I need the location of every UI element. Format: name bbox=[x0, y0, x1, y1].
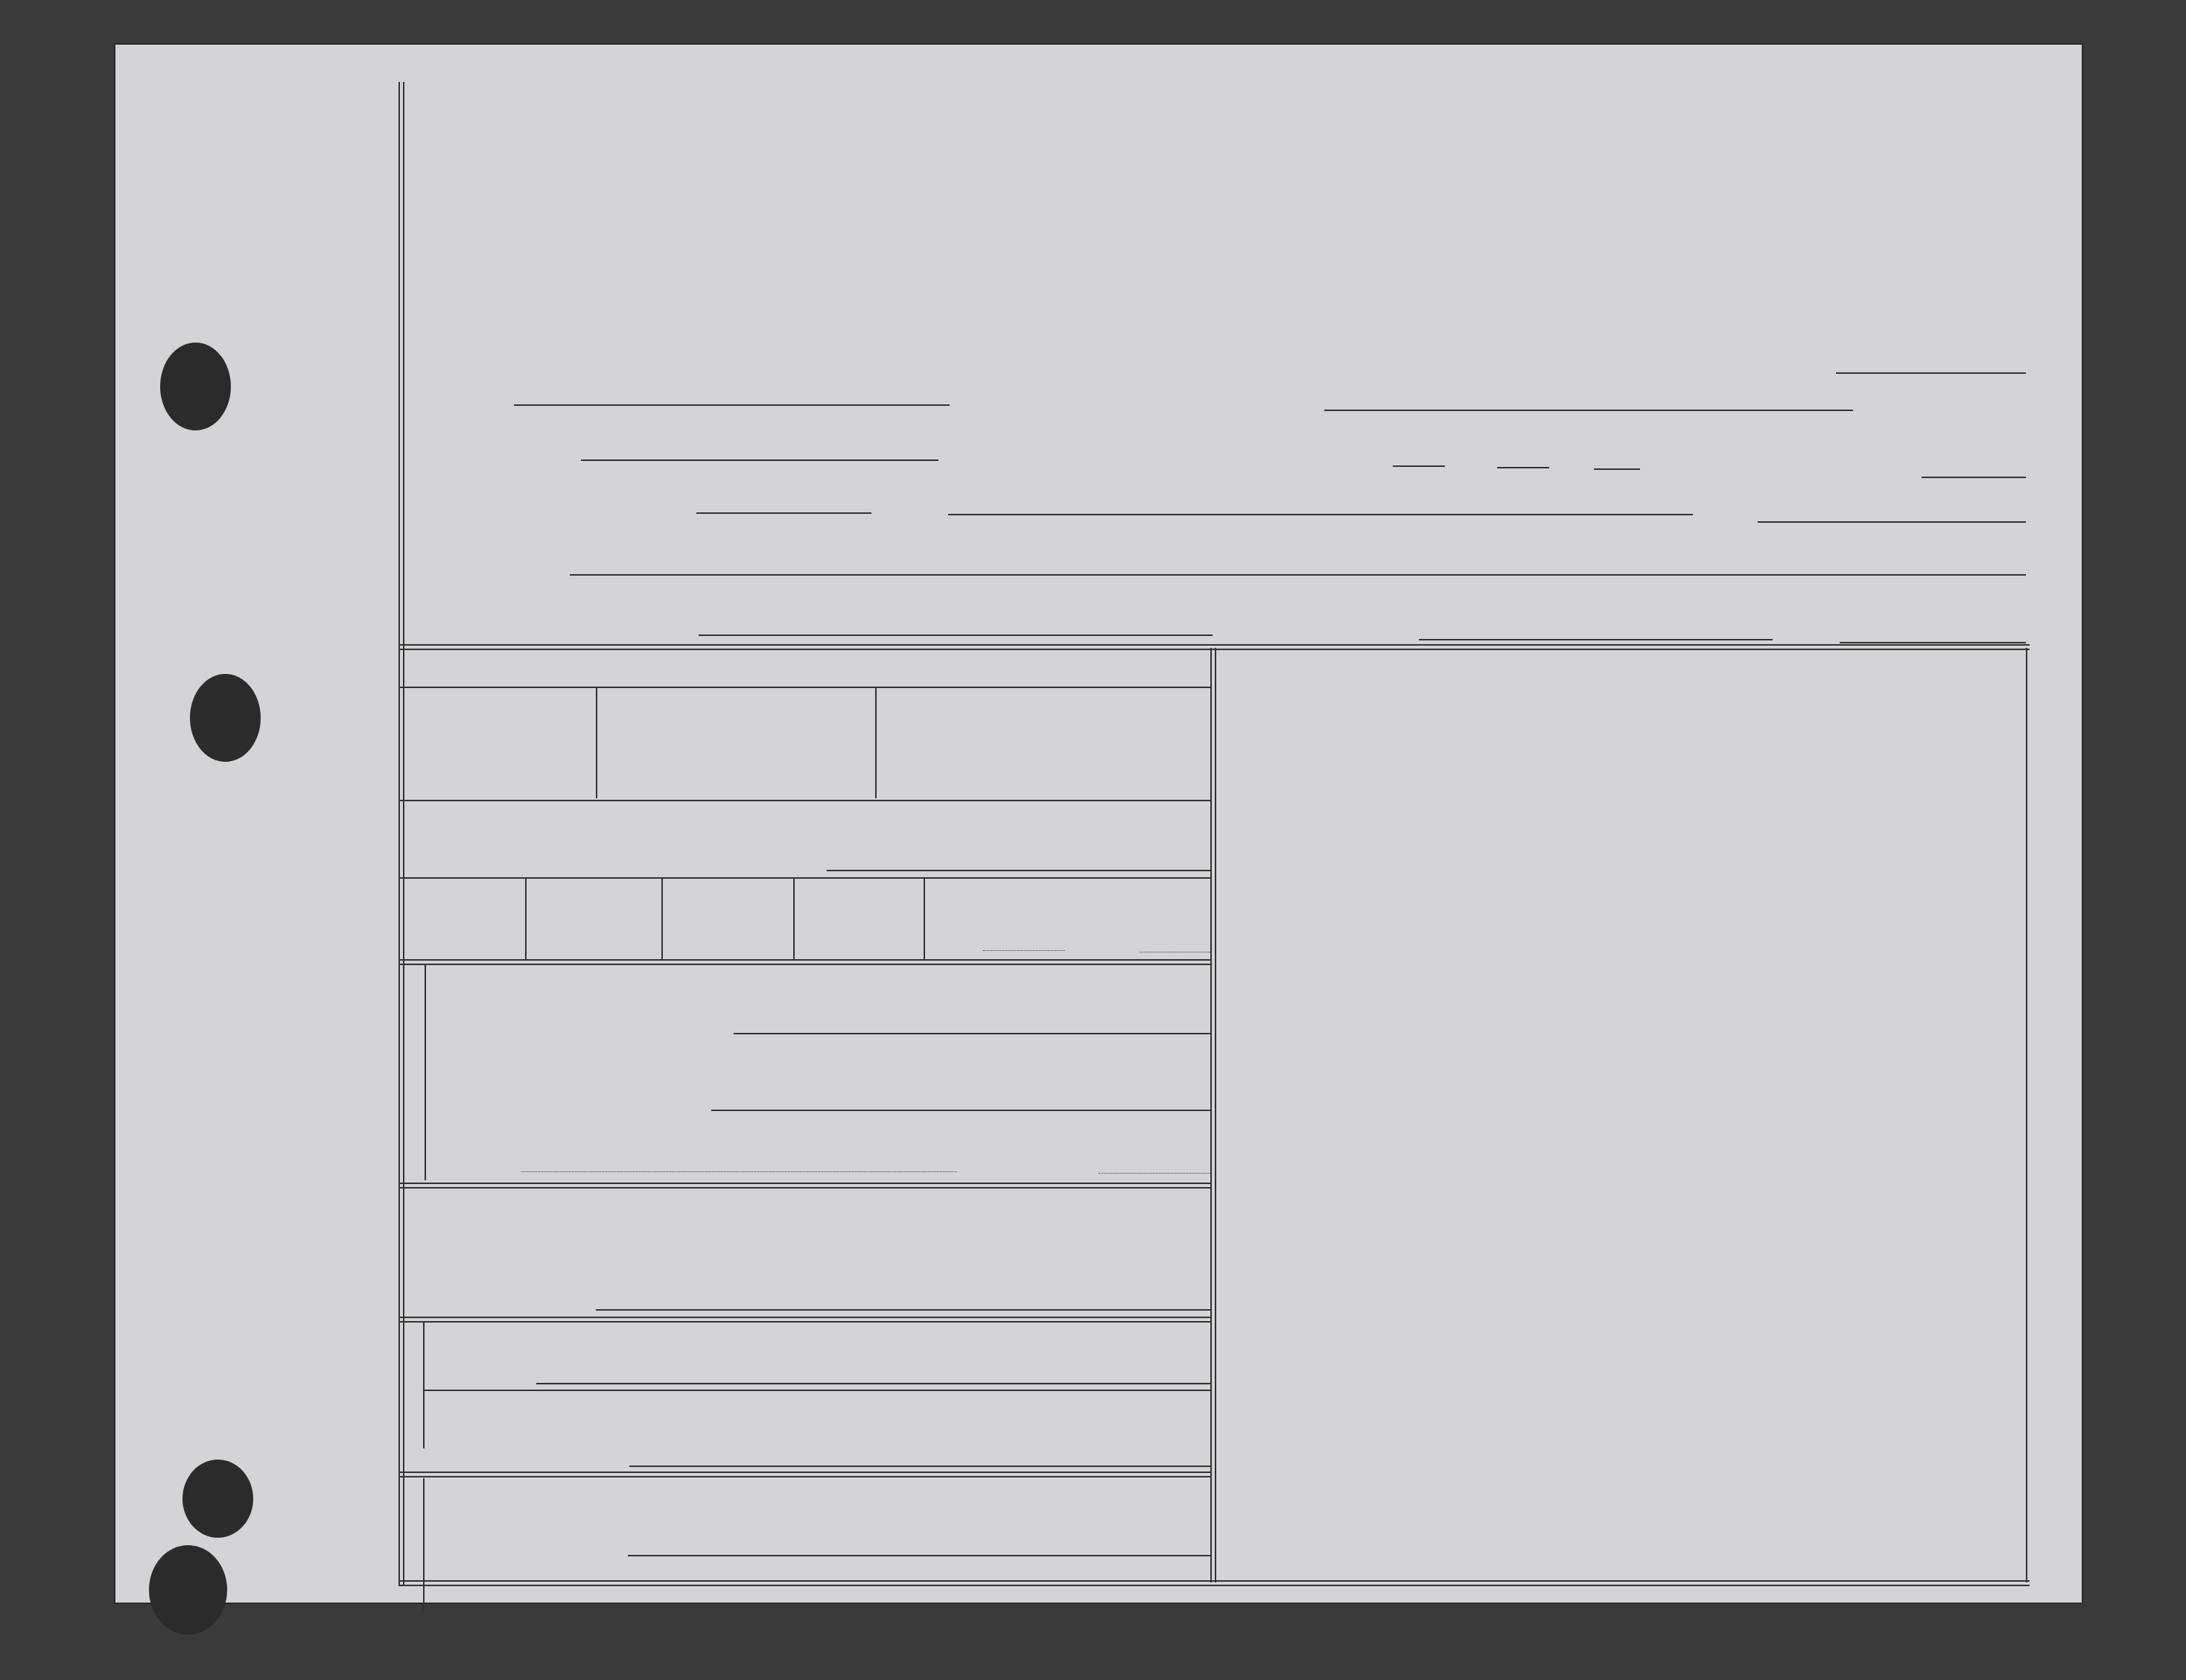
field-line bbox=[581, 459, 938, 461]
cell-divider bbox=[423, 1322, 425, 1448]
field-line bbox=[1099, 1173, 1210, 1174]
field-line bbox=[629, 1466, 1210, 1467]
field-line bbox=[1419, 639, 1773, 640]
row-line bbox=[398, 1183, 1210, 1189]
column-divider bbox=[1210, 648, 1216, 1582]
cell-divider bbox=[924, 877, 925, 959]
field-line bbox=[1140, 952, 1210, 952]
cell-divider bbox=[661, 877, 663, 959]
field-line bbox=[696, 512, 871, 514]
field-line bbox=[596, 1309, 1210, 1311]
certificate-paper bbox=[115, 45, 2082, 1603]
row-line bbox=[425, 1390, 1210, 1391]
cell-divider bbox=[423, 1478, 425, 1612]
field-line bbox=[711, 1110, 1210, 1111]
punch-hole bbox=[160, 343, 231, 430]
field-line bbox=[1840, 642, 2026, 643]
form-left-border bbox=[398, 82, 404, 1586]
field-line bbox=[514, 404, 950, 406]
form-right-border bbox=[2026, 648, 2027, 1582]
punch-hole bbox=[190, 674, 261, 762]
field-line bbox=[521, 1171, 957, 1172]
punch-hole bbox=[149, 1545, 227, 1635]
field-line bbox=[1393, 465, 1445, 467]
row-line bbox=[398, 687, 1210, 688]
field-line bbox=[1836, 372, 2026, 374]
row-line bbox=[398, 1317, 1210, 1323]
field-line bbox=[1594, 468, 1640, 470]
field-line bbox=[536, 1383, 1210, 1384]
row-line bbox=[398, 959, 1210, 965]
field-line bbox=[983, 950, 1065, 951]
row-line bbox=[398, 1471, 1210, 1477]
field-line bbox=[699, 634, 1213, 636]
field-line bbox=[948, 514, 1693, 515]
field-line bbox=[827, 870, 1210, 871]
field-line bbox=[1922, 477, 2026, 478]
cell-divider bbox=[793, 877, 795, 959]
cell-divider bbox=[596, 687, 597, 798]
field-line bbox=[1497, 467, 1549, 468]
row-line bbox=[398, 800, 1210, 801]
cell-divider bbox=[525, 877, 527, 959]
field-line bbox=[570, 574, 2026, 576]
field-line bbox=[1758, 521, 2026, 523]
field-line bbox=[628, 1555, 1210, 1556]
punch-hole bbox=[182, 1460, 253, 1538]
cell-divider bbox=[425, 964, 426, 1180]
row-line bbox=[398, 877, 1210, 879]
cell-divider bbox=[875, 687, 877, 798]
field-line bbox=[734, 1033, 1210, 1034]
field-line bbox=[1324, 410, 1853, 411]
